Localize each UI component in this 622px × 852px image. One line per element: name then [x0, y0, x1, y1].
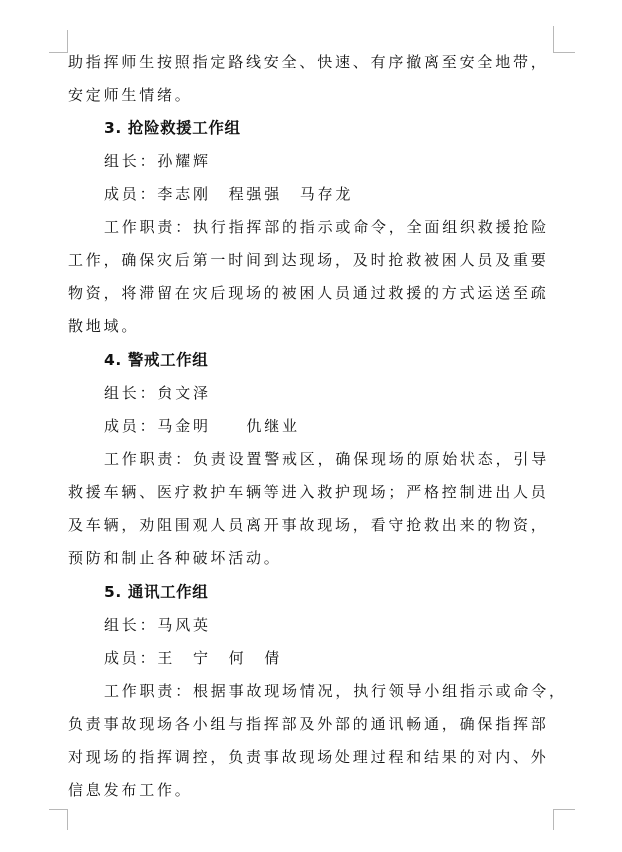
- group-members: 成员：王 宁 何 倩: [104, 642, 282, 675]
- margin-corner-top-right: [553, 26, 575, 53]
- section-heading: 3. 抢险救援工作组: [104, 112, 241, 145]
- text-line: 助指挥师生按照指定路线安全、快速、有序撤离至安全地带，: [68, 46, 549, 79]
- text-line: 物资，将滞留在灾后现场的被困人员通过救援的方式运送至疏: [68, 277, 549, 310]
- group-leader: 组长：马风英: [104, 609, 211, 642]
- group-members: 成员：李志刚 程强强 马存龙: [104, 178, 353, 211]
- text-line: 救援车辆、医疗救护车辆等进入救护现场；严格控制进出人员: [68, 476, 549, 509]
- text-line: 工作职责：根据事故现场情况，执行领导小组指示或命令，: [104, 675, 567, 708]
- group-members: 成员：马金明 仇继业: [104, 410, 300, 443]
- text-line: 工作职责：执行指挥部的指示或命令，全面组织救援抢险: [104, 211, 549, 244]
- text-line: 散地域。: [68, 310, 139, 343]
- text-line: 信息发布工作。: [68, 774, 193, 807]
- text-line: 工作，确保灾后第一时间到达现场，及时抢救被困人员及重要: [68, 244, 549, 277]
- text-line: 预防和制止各种破坏活动。: [68, 542, 282, 575]
- text-line: 安定师生情绪。: [68, 79, 193, 112]
- text-line: 工作职责：负责设置警戒区，确保现场的原始状态，引导: [104, 443, 549, 476]
- text-line: 对现场的指挥调控，负责事故现场处理过程和结果的对内、外: [68, 741, 549, 774]
- margin-corner-top-left: [49, 30, 68, 53]
- group-leader: 组长：贠文泽: [104, 377, 211, 410]
- text-line: 负责事故现场各小组与指挥部及外部的通讯畅通，确保指挥部: [68, 708, 549, 741]
- text-line: 及车辆，劝阻围观人员离开事故现场，看守抢救出来的物资，: [68, 509, 549, 542]
- group-leader: 组长：孙耀辉: [104, 145, 211, 178]
- section-heading: 4. 警戒工作组: [104, 344, 208, 377]
- margin-corner-bottom-left: [49, 809, 68, 830]
- margin-corner-bottom-right: [553, 809, 575, 830]
- section-heading: 5. 通讯工作组: [104, 576, 208, 609]
- document-page: 助指挥师生按照指定路线安全、快速、有序撤离至安全地带， 安定师生情绪。 3. 抢…: [0, 0, 622, 852]
